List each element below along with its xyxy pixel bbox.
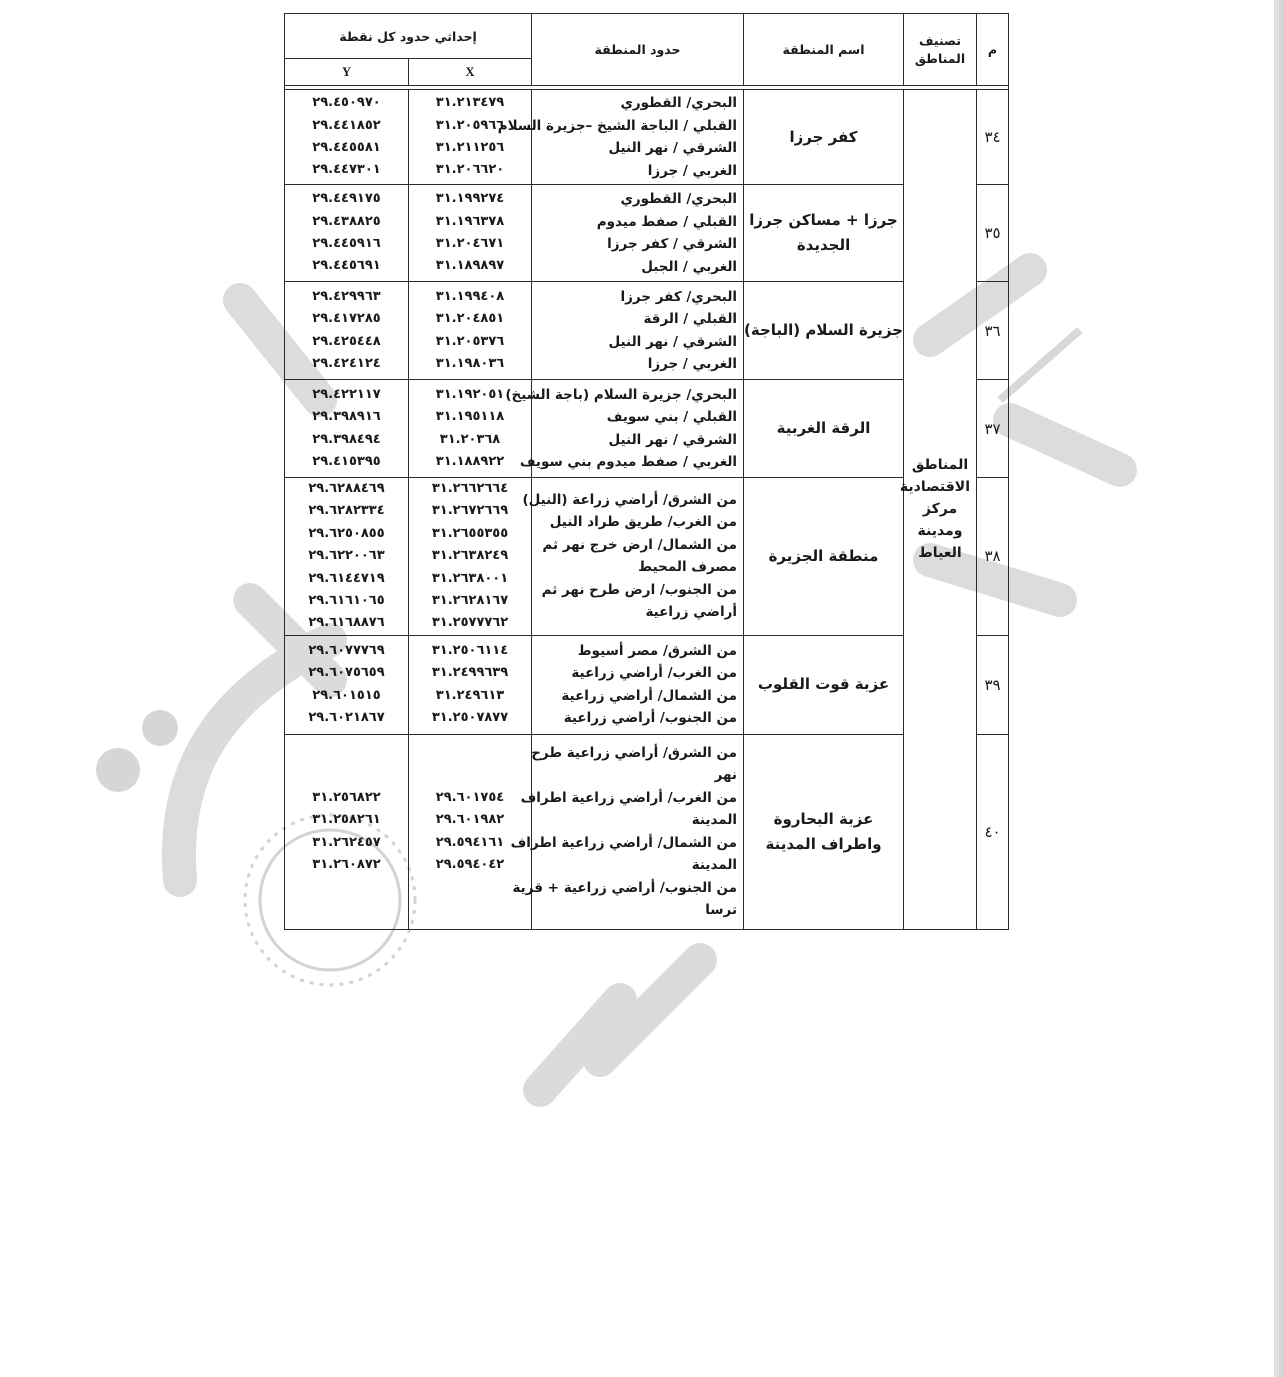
- y-coordinates: ٢٩.٦٢٨٨٤٦٩ ٢٩.٦٢٨٢٣٣٤ ٢٩.٦٢٥٠٨٥٥ ٢٩.٦٢٢٠…: [285, 478, 409, 636]
- x-coordinates: ٣١.٢٥٠٦١١٤ ٣١.٢٤٩٩٦٣٩ ٣١.٢٤٩٦١٣ ٣١.٢٥٠٧٨…: [409, 635, 532, 734]
- zone-name: جرزا + مساكن جرزا الجديدة: [744, 185, 904, 282]
- table-row: ٣٩ عزبة قوت القلوب من الشرق/ مصر أسيوط م…: [285, 635, 1009, 734]
- zone-name: كفر جرزا: [744, 90, 904, 185]
- header-classification: تصنيف المناطق: [904, 14, 977, 86]
- x-coordinates: ٣١.٢٦٦٢٦٦٤ ٣١.٢٦٧٢٦٦٩ ٣١.٢٦٥٥٣٥٥ ٣١.٢٦٣٨…: [409, 478, 532, 636]
- zone-bounds: من الشرق/ أراضي زراعة (النيل) من الغرب/ …: [532, 478, 744, 636]
- y-coordinates: ٢٩.٤٤٩١٧٥ ٢٩.٤٣٨٨٢٥ ٢٩.٤٤٥٩١٦ ٢٩.٤٤٥٦٩١: [285, 185, 409, 282]
- row-index: ٣٩: [977, 635, 1009, 734]
- table-row: ٤٠ عزبة البحاروة واطراف المدينة من الشرق…: [285, 734, 1009, 929]
- table-row: ٣٦ جزيرة السلام (الباجة) البحري/ كفر جرز…: [285, 282, 1009, 380]
- page-edge-shadow: [1274, 0, 1284, 1377]
- row-index: ٣٧: [977, 380, 1009, 478]
- header-zone-bounds: حدود المنطقة: [532, 14, 744, 86]
- header-index: م: [977, 14, 1009, 86]
- table-row: ٣٤ المناطق الاقتصادية مركز ومدينة العياط…: [285, 90, 1009, 185]
- zone-name: جزيرة السلام (الباجة): [744, 282, 904, 380]
- header-coordinates: إحداثي حدود كل نقطة: [285, 14, 532, 59]
- header-y: Y: [285, 59, 409, 86]
- y-coordinates: ٣١.٢٥٦٨٢٢ ٣١.٢٥٨٢٦١ ٣١.٢٦٢٤٥٧ ٣١.٢٦٠٨٧٢: [285, 734, 409, 929]
- row-index: ٣٤: [977, 90, 1009, 185]
- table-row: ٣٥ جرزا + مساكن جرزا الجديدة البحري/ الق…: [285, 185, 1009, 282]
- x-coordinates: ٣١.١٩٩٢٧٤ ٣١.١٩٦٣٧٨ ٣١.٢٠٤٦٧١ ٣١.١٨٩٨٩٧: [409, 185, 532, 282]
- zone-bounds: البحري/ جزيرة السلام (باجة الشيخ) القبلي…: [532, 380, 744, 478]
- row-index: ٣٥: [977, 185, 1009, 282]
- zone-bounds: من الشرق/ مصر أسيوط من الغرب/ أراضي زراع…: [532, 635, 744, 734]
- zone-bounds: البحري/ القطوري القبلي / صفط ميدوم الشرق…: [532, 185, 744, 282]
- row-index: ٣٨: [977, 478, 1009, 636]
- watermark-dot: [96, 748, 140, 792]
- header-zone-name: اسم المنطقة: [744, 14, 904, 86]
- zone-classification: المناطق الاقتصادية مركز ومدينة العياط: [904, 90, 977, 930]
- economic-zones-table: م تصنيف المناطق اسم المنطقة حدود المنطقة…: [284, 13, 1009, 930]
- table-row: ٣٨ منطقة الجزيرة من الشرق/ أراضي زراعة (…: [285, 478, 1009, 636]
- y-coordinates: ٢٩.٤٢٢١١٧ ٢٩.٣٩٨٩١٦ ٢٩.٣٩٨٤٩٤ ٢٩.٤١٥٣٩٥: [285, 380, 409, 478]
- x-coordinates: ٣١.٢١٣٤٧٩ ٣١.٢٠٥٩٦٦ ٣١.٢١١٢٥٦ ٣١.٢٠٦٦٢٠: [409, 90, 532, 185]
- zone-name: عزبة قوت القلوب: [744, 635, 904, 734]
- y-coordinates: ٢٩.٦٠٧٧٧٦٩ ٢٩.٦٠٧٥٦٥٩ ٢٩.٦٠١٥١٥ ٢٩.٦٠٢١٨…: [285, 635, 409, 734]
- zone-name: الرقة الغربية: [744, 380, 904, 478]
- zone-name: عزبة البحاروة واطراف المدينة: [744, 734, 904, 929]
- x-coordinates: ٣١.١٩٩٤٠٨ ٣١.٢٠٤٨٥١ ٣١.٢٠٥٣٧٦ ٣١.١٩٨٠٣٦: [409, 282, 532, 380]
- y-coordinates: ٢٩.٤٥٠٩٧٠ ٢٩.٤٤١٨٥٢ ٢٩.٤٤٥٥٨١ ٢٩.٤٤٧٣٠١: [285, 90, 409, 185]
- row-index: ٤٠: [977, 734, 1009, 929]
- table-row: ٣٧ الرقة الغربية البحري/ جزيرة السلام (ب…: [285, 380, 1009, 478]
- zone-bounds: البحري/ كفر جرزا القبلي / الرقة الشرقي /…: [532, 282, 744, 380]
- y-coordinates: ٢٩.٤٢٩٩٦٣ ٢٩.٤١٧٢٨٥ ٢٩.٤٢٥٤٤٨ ٢٩.٤٢٤١٢٤: [285, 282, 409, 380]
- zone-name: منطقة الجزيرة: [744, 478, 904, 636]
- zone-bounds: من الشرق/ أراضي زراعية طرح نهر من الغرب/…: [532, 734, 744, 929]
- zone-bounds: البحري/ القطوري القبلي / الباجة الشيخ –ج…: [532, 90, 744, 185]
- row-index: ٣٦: [977, 282, 1009, 380]
- header-x: X: [409, 59, 532, 86]
